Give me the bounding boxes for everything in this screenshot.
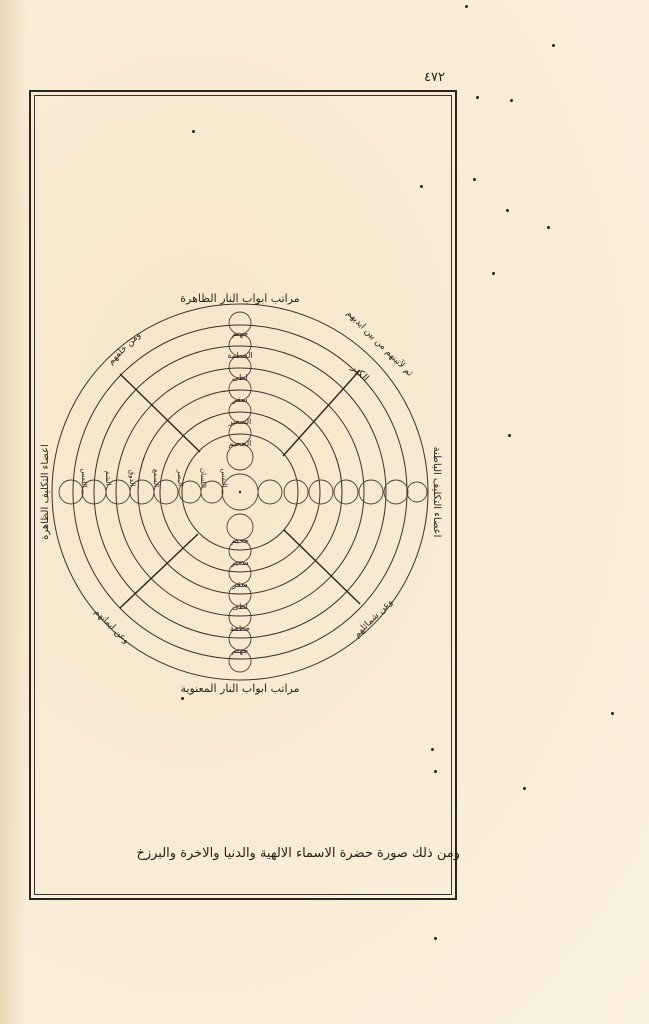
ink-speck (476, 96, 479, 99)
svg-text:لظى: لظى (232, 373, 248, 382)
svg-text:الشم: الشم (104, 471, 112, 486)
svg-text:اللمس: اللمس (80, 468, 88, 487)
vertical-top-labels: جهنم الحطمة لظى سقر السعير الجحيم (227, 329, 252, 448)
svg-text:سعير: سعير (230, 558, 249, 567)
svg-text:السمع: السمع (152, 469, 160, 487)
ink-speck (510, 99, 513, 102)
center-dot (239, 491, 241, 493)
ink-speck (611, 712, 614, 715)
ink-speck (552, 44, 555, 47)
svg-text:السعير: السعير (228, 417, 251, 426)
ink-speck (508, 434, 511, 437)
diagonal-upper-right (283, 370, 360, 456)
svg-text:جهنم: جهنم (232, 646, 248, 655)
diagonal-lower-left (120, 534, 198, 608)
ink-speck (492, 272, 495, 275)
ink-speck (434, 770, 437, 773)
svg-text:اللسان: اللسان (199, 468, 207, 488)
ink-speck (420, 185, 423, 188)
ink-speck (431, 748, 434, 751)
svg-text:الذوق: الذوق (128, 470, 136, 487)
svg-text:جهنم: جهنم (232, 329, 248, 338)
manuscript-page: ٤٧٢ (0, 0, 649, 1024)
title-bottom-label: مراتب ابواب النار المعنوية (180, 682, 299, 695)
horizontal-left-labels: اللمس الشم الذوق السمع البصر اللسان النف… (80, 468, 228, 488)
svg-text:جحيم: جحيم (231, 536, 249, 545)
diagonal-upper-left (120, 374, 200, 452)
ink-speck (506, 209, 509, 212)
ink-speck (181, 697, 184, 700)
upper-right-short-label: الكبر (348, 362, 371, 385)
vertical-bottom-labels: جحيم سعير سقر لظى حطمة جهنم (230, 536, 250, 655)
figure-caption: ومن ذلك صورة حضرة الاسماء الالهية والدني… (136, 846, 460, 861)
svg-text:لظى: لظى (232, 602, 248, 611)
svg-text:حطمة: حطمة (230, 624, 250, 633)
ink-speck (434, 937, 437, 940)
svg-text:البصر: البصر (176, 469, 184, 486)
ink-speck (473, 178, 476, 181)
right-arc-label: اعضاء التكليف الباطنة (431, 447, 442, 538)
svg-text:سقر: سقر (231, 580, 247, 589)
svg-text:سقر: سقر (231, 395, 247, 404)
ink-speck (523, 787, 526, 790)
diagonal-lower-right (284, 530, 360, 604)
ink-speck (465, 5, 468, 8)
left-arc-label: اعضاء التكليف الظاهرة (40, 444, 51, 540)
svg-text:الجحيم: الجحيم (229, 439, 252, 448)
title-top-label: مراتب ابواب النار الظاهرة (180, 292, 299, 305)
ink-speck (192, 130, 195, 133)
svg-text:الحطمة: الحطمة (227, 351, 252, 360)
svg-text:النفس: النفس (220, 469, 228, 488)
concentric-diagram: مراتب ابواب النار الظاهرة مراتب ابواب ال… (0, 0, 649, 1024)
upper-left-label: ومن خلفهم (106, 330, 143, 367)
ink-speck (547, 226, 550, 229)
